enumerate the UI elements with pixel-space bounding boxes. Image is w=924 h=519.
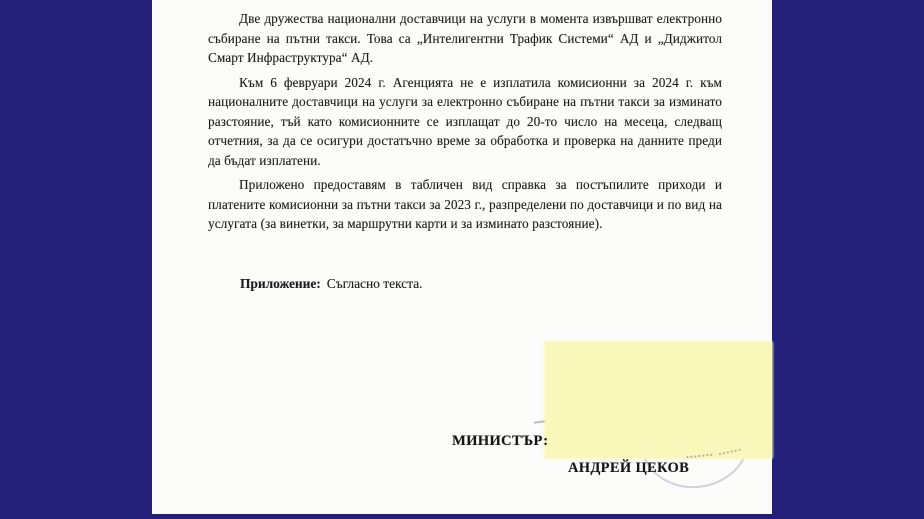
viewer-background: Две дружества национални доставчици на у… xyxy=(0,0,924,519)
paragraph-providers: Две дружества национални доставчици на у… xyxy=(208,9,722,68)
document-body: Две дружества национални доставчици на у… xyxy=(208,9,722,239)
attachment-line: Приложение:Съгласно текста. xyxy=(240,274,422,293)
minister-name: АНДРЕЙ ЦЕКОВ xyxy=(568,459,689,477)
document-page: Две дружества национални доставчици на у… xyxy=(152,0,772,514)
attachment-label: Приложение: xyxy=(240,276,321,291)
signature-redaction-overlay xyxy=(545,342,772,458)
attachment-text: Съгласно текста. xyxy=(327,276,423,291)
paragraph-commissions: Към 6 февруари 2024 г. Агенцията не е из… xyxy=(208,73,722,171)
paragraph-attachment-summary: Приложено предоставям в табличен вид спр… xyxy=(208,175,722,234)
pen-stroke-mark xyxy=(534,420,546,426)
minister-label: МИНИСТЪР: xyxy=(452,432,548,450)
